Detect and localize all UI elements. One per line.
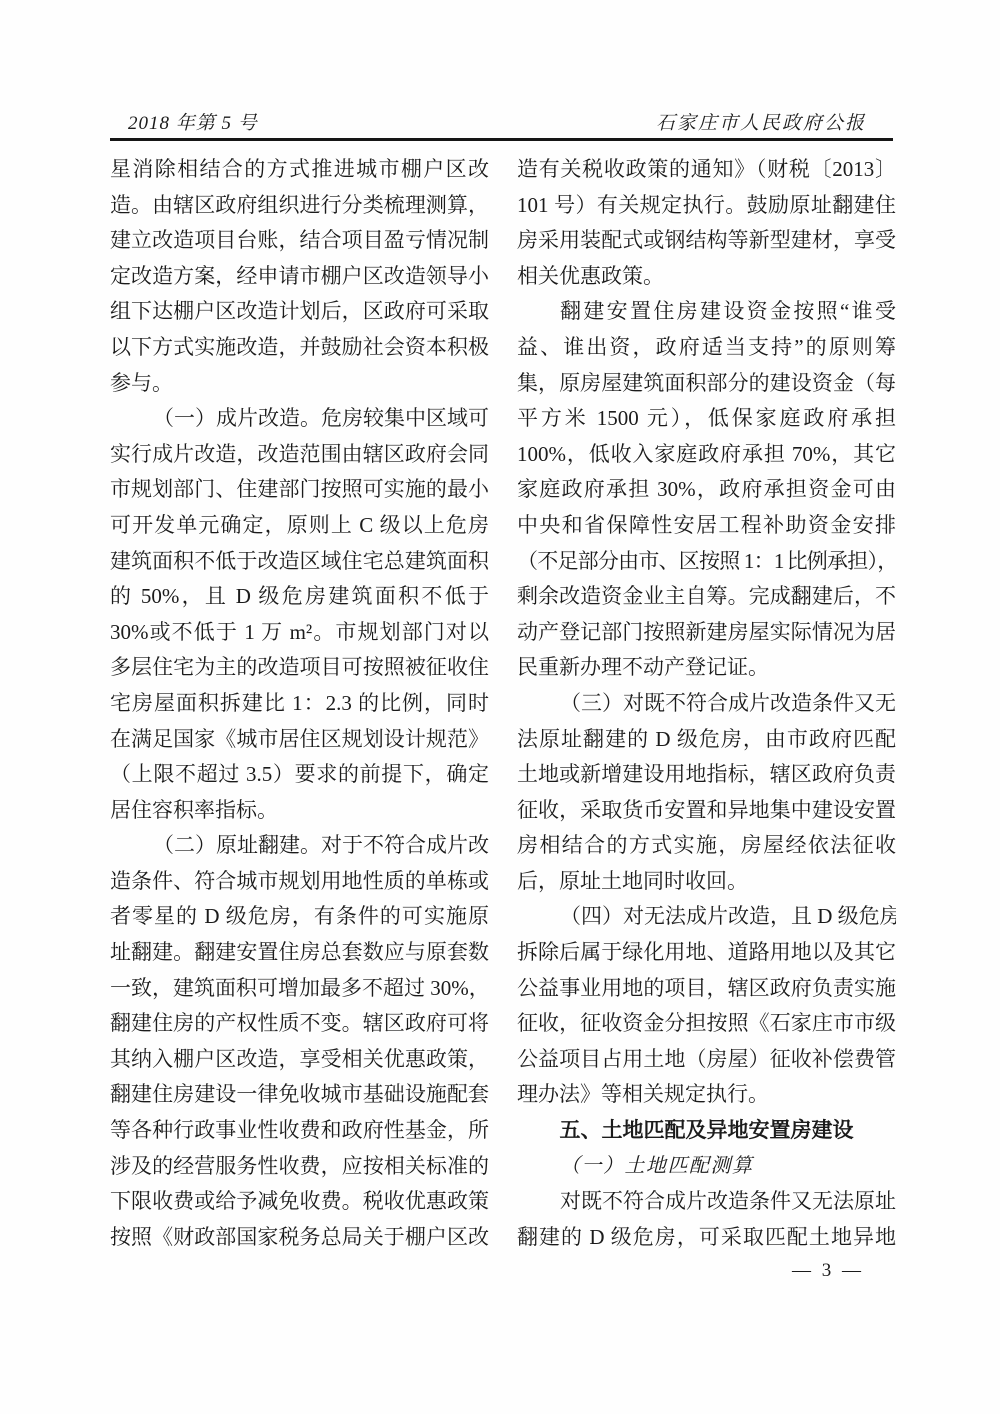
text-line: 翻建的 D 级危房，可采取匹配土地异地 bbox=[517, 1220, 896, 1256]
text-line: 相关优惠政策。 bbox=[517, 259, 896, 295]
text-line: 造。由辖区政府组织进行分类梳理测算， bbox=[110, 188, 489, 224]
text-line: 拆除后属于绿化用地、道路用地以及其它 bbox=[517, 935, 896, 971]
text-line: 征收，征收资金分担按照《石家庄市市级 bbox=[517, 1006, 896, 1042]
text-line: 的 50%，且 D 级危房建筑面积不低于 bbox=[110, 579, 489, 615]
header-divider-rule bbox=[110, 138, 893, 141]
left-column: 星消除相结合的方式推进城市棚户区改造。由辖区政府组织进行分类梳理测算，建立改造项… bbox=[110, 152, 489, 1255]
text-line: 理办法》等相关规定执行。 bbox=[517, 1077, 896, 1113]
text-line: 实行成片改造，改造范围由辖区政府会同 bbox=[110, 437, 489, 473]
text-line: 下限收费或给予减免收费。税收优惠政策 bbox=[110, 1184, 489, 1220]
text-line: 动产登记部门按照新建房屋实际情况为居 bbox=[517, 615, 896, 651]
text-line: 公益事业用地的项目，辖区政府负责实施 bbox=[517, 971, 896, 1007]
text-line: 址翻建。翻建安置住房总套数应与原套数 bbox=[110, 935, 489, 971]
text-line: 星消除相结合的方式推进城市棚户区改 bbox=[110, 152, 489, 188]
header-issue-number: 2018 年第 5 号 bbox=[128, 108, 258, 135]
text-line: 对既不符合成片改造条件又无法原址 bbox=[517, 1184, 896, 1220]
text-line: 组下达棚户区改造计划后，区政府可采取 bbox=[110, 294, 489, 330]
text-line: 涉及的经营服务性收费，应按相关标准的 bbox=[110, 1149, 489, 1185]
text-line: 一致，建筑面积可增加最多不超过 30%， bbox=[110, 971, 489, 1007]
text-line: 定改造方案，经申请市棚户区改造领导小 bbox=[110, 259, 489, 295]
text-line: 土地或新增建设用地指标，辖区政府负责 bbox=[517, 757, 896, 793]
right-column: 造有关税收政策的通知》（财税〔2013〕101 号）有关规定执行。鼓励原址翻建住… bbox=[517, 152, 896, 1255]
text-line: 等各种行政事业性收费和政府性基金，所 bbox=[110, 1113, 489, 1149]
text-line: 益、谁出资，政府适当支持”的原则筹 bbox=[517, 330, 896, 366]
text-line: 市规划部门、住建部门按照可实施的最小 bbox=[110, 472, 489, 508]
text-line: 房采用装配式或钢结构等新型建材，享受 bbox=[517, 223, 896, 259]
text-line: 101 号）有关规定执行。鼓励原址翻建住 bbox=[517, 188, 896, 224]
text-line: 翻建住房建设一律免收城市基础设施配套 bbox=[110, 1077, 489, 1113]
text-line: （二）原址翻建。对于不符合成片改 bbox=[110, 828, 489, 864]
text-line: 造有关税收政策的通知》（财税〔2013〕 bbox=[517, 152, 896, 188]
text-line: 其纳入棚户区改造，享受相关优惠政策， bbox=[110, 1042, 489, 1078]
text-line: 中央和省保障性安居工程补助资金安排 bbox=[517, 508, 896, 544]
text-line: 建筑面积不低于改造区域住宅总建筑面积 bbox=[110, 544, 489, 580]
text-line: 公益项目占用土地（房屋）征收补偿费管 bbox=[517, 1042, 896, 1078]
text-line: 宅房屋面积拆建比 1：2.3 的比例，同时 bbox=[110, 686, 489, 722]
text-line: （三）对既不符合成片改造条件又无 bbox=[517, 686, 896, 722]
text-line: 五、土地匹配及异地安置房建设 bbox=[517, 1113, 896, 1149]
text-line: 剩余改造资金业主自筹。完成翻建后，不 bbox=[517, 579, 896, 615]
header-publication-title: 石家庄市人民政府公报 bbox=[656, 108, 866, 135]
text-line: 法原址翻建的 D 级危房，由市政府匹配 bbox=[517, 722, 896, 758]
text-line: （一）土地匹配测算 bbox=[517, 1149, 896, 1185]
text-line: （上限不超过 3.5）要求的前提下，确定 bbox=[110, 757, 489, 793]
text-line: 集，原房屋建筑面积部分的建设资金（每 bbox=[517, 366, 896, 402]
text-line: 100%，低收入家庭政府承担 70%，其它 bbox=[517, 437, 896, 473]
text-line: 平方米 1500 元），低保家庭政府承担 bbox=[517, 401, 896, 437]
text-line: 翻建住房的产权性质不变。辖区政府可将 bbox=[110, 1006, 489, 1042]
text-line: 建立改造项目台账，结合项目盈亏情况制 bbox=[110, 223, 489, 259]
text-line: 30%或不低于 1 万 m²。市规划部门对以 bbox=[110, 615, 489, 651]
text-line: （四）对无法成片改造，且 D 级危房 bbox=[517, 899, 896, 935]
text-line: 在满足国家《城市居住区规划设计规范》 bbox=[110, 722, 489, 758]
text-line: 居住容积率指标。 bbox=[110, 793, 489, 829]
text-line: 参与。 bbox=[110, 366, 489, 402]
text-line: 造条件、符合城市规划用地性质的单栋或 bbox=[110, 864, 489, 900]
text-line: 翻建安置住房建设资金按照“谁受 bbox=[517, 294, 896, 330]
text-line: 多层住宅为主的改造项目可按照被征收住 bbox=[110, 650, 489, 686]
text-line: 民重新办理不动产登记证。 bbox=[517, 650, 896, 686]
text-line: （一）成片改造。危房较集中区域可 bbox=[110, 401, 489, 437]
text-line: 者零星的 D 级危房，有条件的可实施原 bbox=[110, 899, 489, 935]
gazette-page: 2018 年第 5 号 石家庄市人民政府公报 星消除相结合的方式推进城市棚户区改… bbox=[0, 0, 1000, 1414]
text-line: 后，原址土地同时收回。 bbox=[517, 864, 896, 900]
page-number: — 3 — bbox=[792, 1260, 864, 1282]
text-line: 房相结合的方式实施，房屋经依法征收 bbox=[517, 828, 896, 864]
text-line: （不足部分由市、区按照 1：1 比例承担）， bbox=[517, 544, 896, 580]
text-line: 以下方式实施改造，并鼓励社会资本积极 bbox=[110, 330, 489, 366]
text-line: 可开发单元确定，原则上 C 级以上危房 bbox=[110, 508, 489, 544]
text-line: 征收，采取货币安置和异地集中建设安置 bbox=[517, 793, 896, 829]
two-column-body: 星消除相结合的方式推进城市棚户区改造。由辖区政府组织进行分类梳理测算，建立改造项… bbox=[110, 152, 896, 1255]
text-line: 家庭政府承担 30%，政府承担资金可由 bbox=[517, 472, 896, 508]
text-line: 按照《财政部国家税务总局关于棚户区改 bbox=[110, 1220, 489, 1256]
